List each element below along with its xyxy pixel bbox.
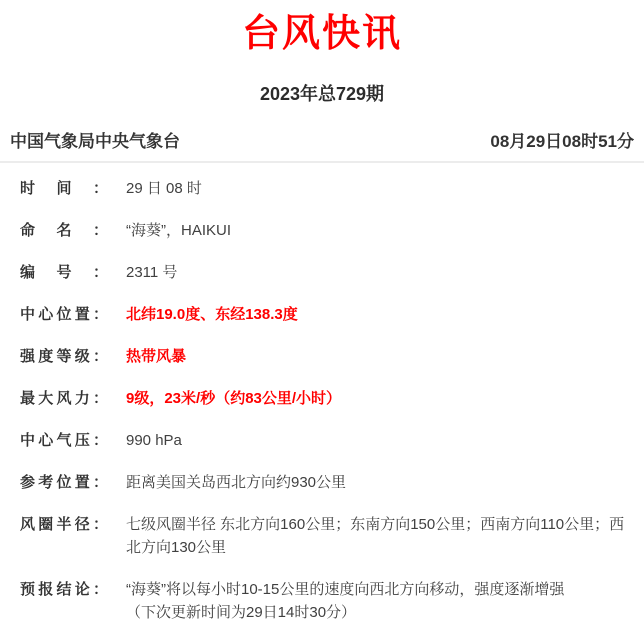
field-label: 预报结论： <box>20 578 108 601</box>
field-label: 最大风力： <box>20 387 108 410</box>
field-label: 中心位置： <box>20 303 108 326</box>
field-label: 编号： <box>20 261 108 284</box>
field-value: 北纬19.0度、东经138.3度 <box>126 303 630 326</box>
field-label: 强度等级： <box>20 345 108 368</box>
field-value: 9级，23米/秒（约83公里/小时） <box>126 387 630 410</box>
typhoon-bulletin-page: 台风快讯 2023年总729期 中国气象局中央气象台 08月29日08时51分 … <box>0 0 644 644</box>
forecast-text: “海葵”将以每小时10-15公里的速度向西北方向移动，强度逐渐增强 <box>126 581 564 598</box>
field-label: 命名： <box>20 219 108 242</box>
field-row-center-pressure: 中心气压： 990 hPa <box>20 429 630 452</box>
field-row-name: 命名： “海葵”，HAIKUI <box>20 219 630 242</box>
field-row-max-wind: 最大风力： 9级，23米/秒（约83公里/小时） <box>20 387 630 410</box>
bulletin-fields: 时间： 29 日 08 时 命名： “海葵”，HAIKUI 编号： 2311 号… <box>0 163 644 624</box>
field-value: 七级风圈半径 东北方向160公里；东南方向150公里；西南方向110公里；西北方… <box>126 513 630 559</box>
field-row-forecast-conclusion: 预报结论： “海葵”将以每小时10-15公里的速度向西北方向移动，强度逐渐增强（… <box>20 578 630 624</box>
field-row-number: 编号： 2311 号 <box>20 261 630 284</box>
agency-name: 中国气象局中央气象台 <box>10 127 180 152</box>
field-value: 990 hPa <box>126 429 630 452</box>
page-title: 台风快讯 <box>0 14 644 56</box>
field-value: “海葵”将以每小时10-15公里的速度向西北方向移动，强度逐渐增强（下次更新时间… <box>126 578 630 624</box>
field-row-time: 时间： 29 日 08 时 <box>20 177 630 200</box>
next-update-note: （下次更新时间为29日14时30分） <box>126 604 356 621</box>
field-label: 中心气压： <box>20 429 108 452</box>
issue-number: 2023年总729期 <box>0 84 644 105</box>
field-value: “海葵”，HAIKUI <box>126 219 630 242</box>
field-label: 风圈半径： <box>20 513 108 536</box>
agency-bar: 中国气象局中央气象台 08月29日08时51分 <box>0 127 644 163</box>
field-label: 时间： <box>20 177 108 200</box>
field-row-intensity: 强度等级： 热带风暴 <box>20 345 630 368</box>
field-row-wind-circle-radius: 风圈半径： 七级风圈半径 东北方向160公里；东南方向150公里；西南方向110… <box>20 513 630 559</box>
issue-datetime: 08月29日08时51分 <box>490 127 634 152</box>
field-value: 29 日 08 时 <box>126 177 630 200</box>
field-value: 2311 号 <box>126 261 630 284</box>
field-value: 热带风暴 <box>126 345 630 368</box>
field-label: 参考位置： <box>20 471 108 494</box>
field-value: 距离美国关岛西北方向约930公里 <box>126 471 630 494</box>
field-row-center-position: 中心位置： 北纬19.0度、东经138.3度 <box>20 303 630 326</box>
field-row-reference-position: 参考位置： 距离美国关岛西北方向约930公里 <box>20 471 630 494</box>
